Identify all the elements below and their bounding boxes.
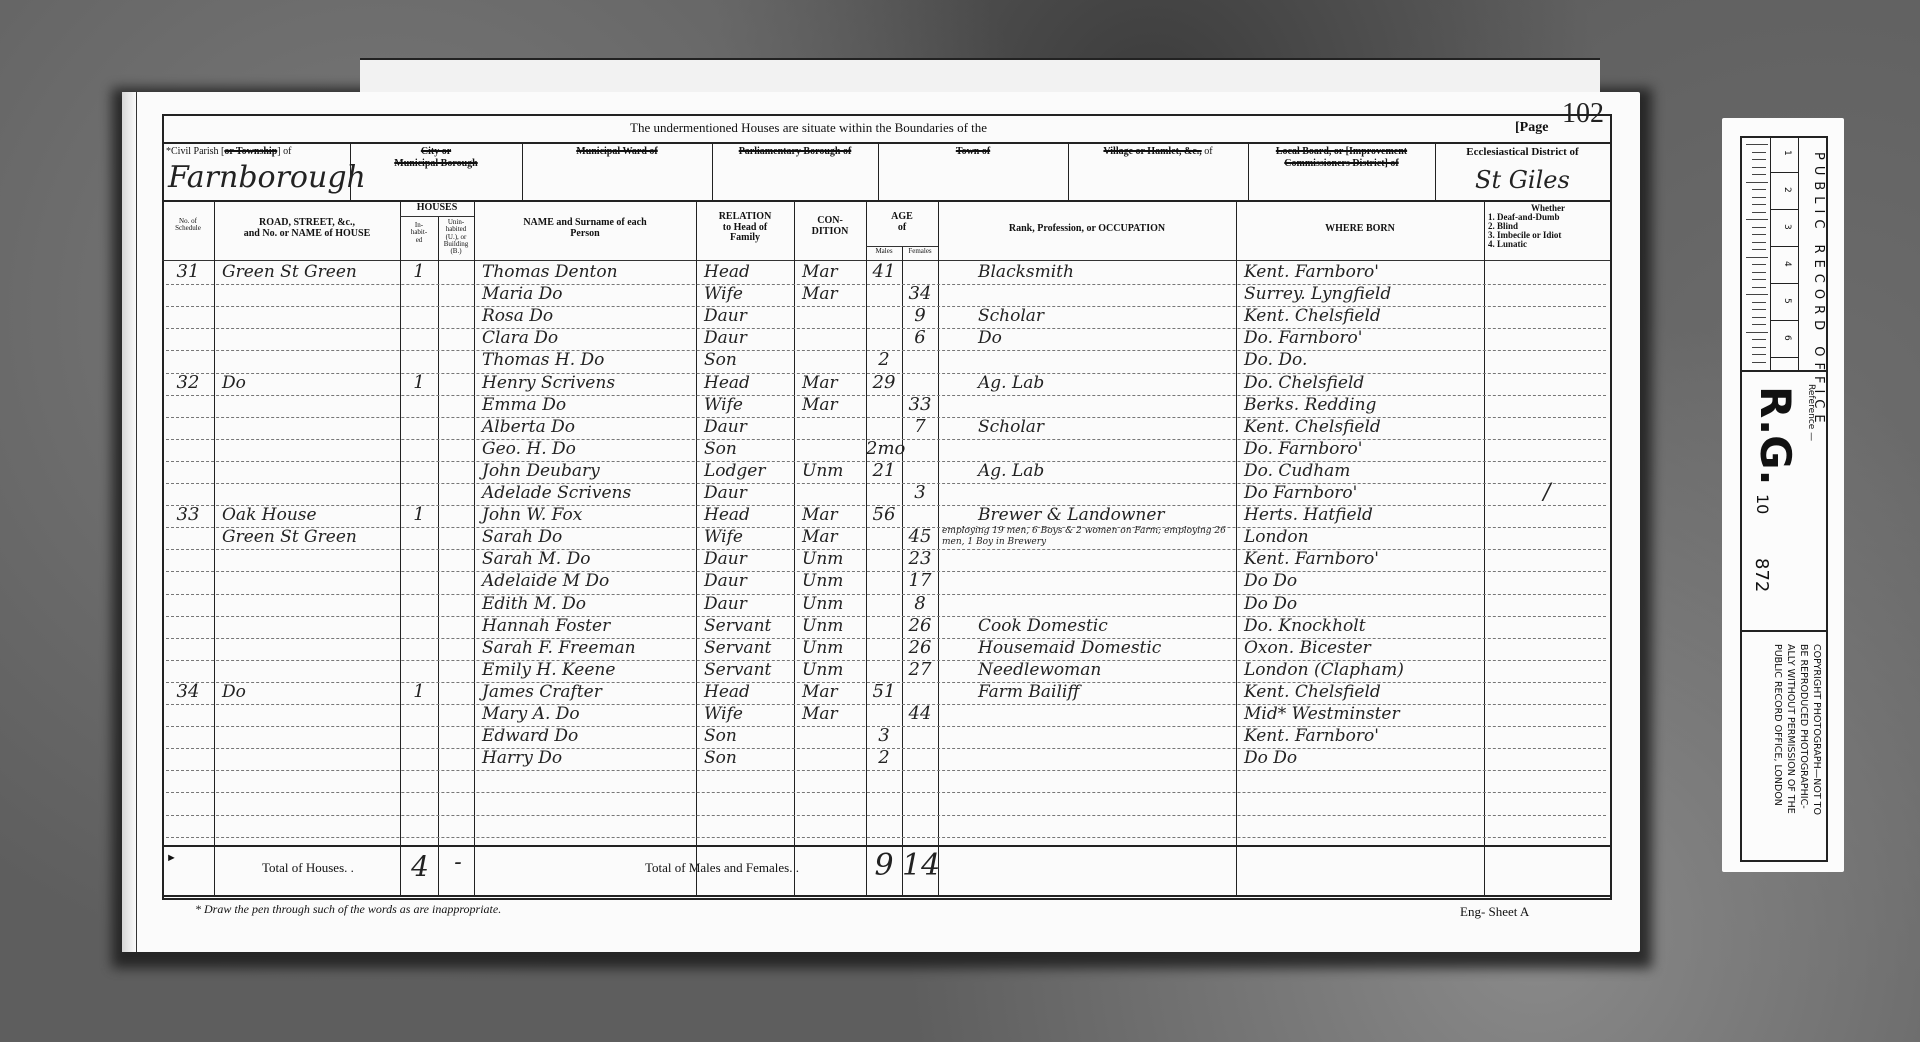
cell-name: Adelaide M Do [482, 570, 696, 592]
col-header-name-line: Person [474, 229, 696, 240]
cell-relation: Head [704, 681, 794, 703]
scale-divider [1770, 172, 1798, 173]
cell-where-born: Surrey. Lyngfield [1244, 283, 1484, 305]
cell-relation: Head [704, 504, 794, 526]
cell-condition: Mar [802, 394, 866, 416]
cell-name: Thomas Denton [482, 261, 696, 283]
scale-number: 6 [1782, 335, 1792, 341]
divider [400, 216, 474, 217]
scale-number: 1 [1782, 150, 1792, 156]
cell-female-age: 17 [902, 570, 938, 592]
cell-occupation: Brewer & Landowner [978, 504, 1236, 526]
cell-male-age: 3 [866, 725, 902, 747]
ruler-tick [1752, 302, 1766, 303]
cell-name: Sarah M. Do [482, 548, 696, 570]
cell-condition: Unm [802, 593, 866, 615]
ruler-tick [1752, 339, 1766, 340]
cell-male-age: 2 [866, 747, 902, 769]
cell-name: Sarah Do [482, 526, 696, 548]
ruler-tick [1746, 294, 1768, 295]
cell-relation: Daur [704, 305, 794, 327]
cell-male-age: 2 [866, 349, 902, 371]
cell-male-age: 21 [866, 460, 902, 482]
header-label-struck: or Township [224, 146, 277, 157]
cell-occupation: Blacksmith [978, 261, 1236, 283]
row-rule [166, 792, 1606, 793]
cell-female-age: 26 [902, 637, 938, 659]
cell-where-born: Do. Farnboro' [1244, 438, 1484, 460]
col-header-condition-line: CON- [794, 216, 866, 227]
ruler-tick [1752, 279, 1766, 280]
form-title: The undermentioned Houses are situate wi… [630, 120, 987, 136]
total-houses-label: Total of Houses. . [262, 860, 354, 876]
class-number: 10 [1753, 494, 1772, 514]
header-label: ] of [277, 146, 291, 157]
cell-where-born: Do. Knockholt [1244, 615, 1484, 637]
row-rule [166, 815, 1606, 816]
cell-condition: Unm [802, 637, 866, 659]
cell-where-born: Kent. Chelsfield [1244, 681, 1484, 703]
cell-condition: Mar [802, 681, 866, 703]
col-header-road-line: ROAD, STREET, &c., [214, 218, 400, 229]
cell-where-born: Kent. Farnboro' [1244, 725, 1484, 747]
cell-road: Green St Green [222, 261, 400, 283]
col-header-relation-line: RELATION [696, 212, 794, 223]
col-header-schedule: No. ofSchedule [162, 218, 214, 233]
cell-where-born: Do. Cudham [1244, 460, 1484, 482]
header-label: Ecclesiastical District of [1466, 146, 1578, 158]
ruler-tick [1746, 332, 1768, 333]
cell-name: James Crafter [482, 681, 696, 703]
cell-name: Mary A. Do [482, 703, 696, 725]
col-header-age-line: AGE [866, 212, 938, 223]
cell-female-age: 27 [902, 659, 938, 681]
cell-occupation: Ag. Lab [978, 460, 1236, 482]
ruler-tick [1746, 144, 1768, 145]
ruler-tick [1752, 249, 1766, 250]
cell-female-age: 3 [902, 482, 938, 504]
cell-occupation: employing 19 men, 6 Boys & 2 women on Fa… [942, 526, 1236, 548]
cell-road: Green St Green [222, 526, 400, 548]
ruler-tick [1752, 354, 1766, 355]
cell-condition: Mar [802, 261, 866, 283]
cell-relation: Servant [704, 615, 794, 637]
ruler-tick [1752, 152, 1766, 153]
divider [1068, 143, 1069, 200]
cell-name: John W. Fox [482, 504, 696, 526]
cell-relation: Son [704, 747, 794, 769]
cell-condition: Mar [802, 703, 866, 725]
page-number: 102 [1562, 98, 1604, 130]
copyright-line: COPYRIGHT PHOTOGRAPH—NOT TO [1811, 644, 1822, 815]
ruler-tick [1752, 242, 1766, 243]
cell-name: Maria Do [482, 283, 696, 305]
col-header-condition: CON-DITION [794, 216, 866, 237]
ruler-tick [1752, 197, 1766, 198]
col-header-males: Males [866, 248, 902, 255]
cell-female-age: 33 [902, 394, 938, 416]
cell-infirmity: / [1484, 482, 1610, 504]
copyright-line: ALLY WITHOUT PERMISSION OF THE [1785, 644, 1796, 814]
col-header-condition-line: DITION [794, 227, 866, 238]
cell-relation: Wife [704, 283, 794, 305]
cell-inhabited: 1 [400, 372, 438, 394]
cell-female-age: 44 [902, 703, 938, 725]
cell-male-age: 29 [866, 372, 902, 394]
cell-schedule: 33 [162, 504, 214, 526]
cell-relation: Son [704, 725, 794, 747]
total-houses-inhabited: 4 [402, 850, 438, 883]
cell-relation: Son [704, 349, 794, 371]
cell-relation: Servant [704, 659, 794, 681]
col-header-road: ROAD, STREET, &c.,and No. or NAME of HOU… [214, 218, 400, 239]
footnote: * Draw the pen through such of the words… [195, 902, 501, 917]
cell-name: Adelade Scrivens [482, 482, 696, 504]
cell-occupation: Farm Bailiff [978, 681, 1236, 703]
ruler-tick [1752, 204, 1766, 205]
cell-female-age: 9 [902, 305, 938, 327]
cell-condition: Unm [802, 659, 866, 681]
scale-divider [1770, 209, 1798, 210]
divider [866, 246, 938, 247]
cell-schedule: 34 [162, 681, 214, 703]
total-males: 9 [866, 848, 902, 883]
cell-name: Clara Do [482, 327, 696, 349]
ruler-tick [1752, 272, 1766, 273]
cell-male-age: 2mo [866, 438, 902, 460]
cell-road: Do [222, 681, 400, 703]
cell-name: Hannah Foster [482, 615, 696, 637]
header-label-struck: Town of [956, 146, 990, 157]
cell-condition: Mar [802, 372, 866, 394]
ruler-tick [1752, 324, 1766, 325]
divider [878, 143, 879, 200]
divider [1742, 370, 1826, 372]
reference-card-border: 123456 PUBLIC RECORD OFFICE Reference — … [1740, 136, 1828, 862]
cell-where-born: Do. Farnboro' [1244, 327, 1484, 349]
ruler-tick [1746, 257, 1768, 258]
divider [1435, 143, 1436, 200]
cell-where-born: Do. Chelsfield [1244, 372, 1484, 394]
cell-where-born: London [1244, 526, 1484, 548]
cell-where-born: Kent. Farnboro' [1244, 261, 1484, 283]
cell-relation: Daur [704, 482, 794, 504]
ruler-tick [1752, 347, 1766, 348]
scale-divider [1770, 246, 1798, 247]
header-label: of [1202, 146, 1213, 157]
cell-male-age: 41 [866, 261, 902, 283]
total-females: 14 [902, 848, 938, 883]
cell-relation: Daur [704, 327, 794, 349]
cell-where-born: Kent. Chelsfield [1244, 305, 1484, 327]
cell-where-born: Oxon. Bicester [1244, 637, 1484, 659]
cell-condition: Unm [802, 615, 866, 637]
civil-parish-value: Farnborough [168, 160, 366, 195]
cell-female-age: 6 [902, 327, 938, 349]
cell-condition: Mar [802, 283, 866, 305]
col-header-name-line: NAME and Surname of each [474, 218, 696, 229]
ruler-tick [1752, 189, 1766, 190]
col-header-houses: HOUSES [400, 203, 474, 214]
row-rule [166, 770, 1606, 771]
cell-male-age: 56 [866, 504, 902, 526]
ruler-tick [1752, 362, 1766, 363]
cell-name: Emma Do [482, 394, 696, 416]
cell-relation: Daur [704, 593, 794, 615]
cell-where-born: Do Do [1244, 570, 1484, 592]
ruler-tick [1752, 264, 1766, 265]
ruler-tick [1752, 287, 1766, 288]
ruler-tick [1752, 234, 1766, 235]
piece-number: 872 [1751, 558, 1772, 592]
copyright-line: PUBLIC RECORD OFFICE, LONDON [1772, 644, 1783, 806]
total-persons-label: Total of Males and Females. . [645, 860, 799, 876]
cell-name: Edward Do [482, 725, 696, 747]
cell-where-born: Kent. Chelsfield [1244, 416, 1484, 438]
cell-female-age: 8 [902, 593, 938, 615]
cell-relation: Wife [704, 526, 794, 548]
cell-where-born: London (Clapham) [1244, 659, 1484, 681]
header-label-struck: Municipal Borough [394, 158, 477, 169]
cell-occupation: Scholar [978, 305, 1236, 327]
reference-label: Reference — [1806, 384, 1816, 441]
header-cell-4: Town of [882, 146, 1064, 158]
arrow-marker-icon: ► [166, 852, 177, 864]
header-label-struck: Municipal Ward of [576, 146, 658, 157]
cell-schedule: 32 [162, 372, 214, 394]
divider [1248, 143, 1249, 200]
cell-condition: Mar [802, 504, 866, 526]
ecclesiastical-district-value: St Giles [1475, 166, 1570, 194]
scale-divider [1770, 320, 1798, 321]
col-header-infirmity-line: 4. Lunatic [1488, 240, 1608, 249]
cell-inhabited: 1 [400, 261, 438, 283]
col-header-relation: RELATIONto Head ofFamily [696, 212, 794, 244]
cell-name: John Deubary [482, 460, 696, 482]
cell-relation: Wife [704, 703, 794, 725]
cell-female-age: 34 [902, 283, 938, 305]
cell-name: Thomas H. Do [482, 349, 696, 371]
header-label: *Civil Parish [ [166, 146, 224, 157]
header-cell-6: Local Board, or [ImprovementCommissioner… [1252, 146, 1431, 170]
cell-name: Alberta Do [482, 416, 696, 438]
copyright-line: BE REPRODUCED PHOTOGRAPHIC- [1798, 644, 1809, 809]
cell-relation: Head [704, 372, 794, 394]
cell-occupation: Needlewoman [978, 659, 1236, 681]
col-header-inhabited-line: ed [400, 237, 438, 244]
cell-inhabited: 1 [400, 504, 438, 526]
divider [712, 143, 713, 200]
ruler-tick [1746, 182, 1768, 183]
cell-name: Geo. H. Do [482, 438, 696, 460]
cell-name: Sarah F. Freeman [482, 637, 696, 659]
header-cell-7: Ecclesiastical District of [1439, 146, 1606, 159]
cell-condition: Unm [802, 548, 866, 570]
cell-relation: Head [704, 261, 794, 283]
col-header-name: NAME and Surname of eachPerson [474, 218, 696, 239]
cell-relation: Daur [704, 570, 794, 592]
cell-female-age: 23 [902, 548, 938, 570]
ruler-tick [1746, 219, 1768, 220]
col-header-age-line: of [866, 223, 938, 234]
divider [162, 845, 1610, 847]
ruler-tick [1752, 227, 1766, 228]
divider [162, 142, 1610, 144]
cell-where-born: Do. Do. [1244, 349, 1484, 371]
cell-where-born: Do Do [1244, 747, 1484, 769]
divider [522, 143, 523, 200]
col-header-inhabited: In-habit-ed [400, 222, 438, 244]
header-label-struck: Village or Hamlet, &c., [1103, 146, 1201, 157]
header-label-struck: Parliamentary Borough of [739, 146, 852, 157]
col-header-relation-line: Family [696, 233, 794, 244]
cell-name: Henry Scrivens [482, 372, 696, 394]
col-header-where-born: WHERE BORN [1236, 224, 1484, 235]
ruler-tick [1752, 174, 1766, 175]
cell-where-born: Kent. Farnboro' [1244, 548, 1484, 570]
cell-condition: Unm [802, 460, 866, 482]
cell-male-age: 51 [866, 681, 902, 703]
cell-where-born: Do Do [1244, 593, 1484, 615]
col-header-occupation: Rank, Profession, or OCCUPATION [938, 224, 1236, 235]
cell-name: Emily H. Keene [482, 659, 696, 681]
cell-occupation: Do [978, 327, 1236, 349]
col-header-females: Females [902, 248, 938, 255]
ruler-tick [1752, 212, 1766, 213]
scale-number: 2 [1782, 187, 1792, 193]
row-rule [166, 837, 1606, 838]
col-header-infirmity: Whether1. Deaf-and-Dumb2. Blind3. Imbeci… [1488, 204, 1608, 249]
page-label: [Page [1515, 120, 1548, 136]
cell-road: Oak House [222, 504, 400, 526]
ruler-tick [1752, 309, 1766, 310]
divider [162, 895, 1610, 897]
col-header-uninhabited-line: (B.) [438, 248, 474, 255]
sheet-label: Eng- Sheet A [1460, 904, 1529, 920]
col-header-age: AGEof [866, 212, 938, 233]
ruler-tick [1752, 317, 1766, 318]
cell-relation: Daur [704, 416, 794, 438]
cell-occupation: Cook Domestic [978, 615, 1236, 637]
scale-number: 3 [1782, 224, 1792, 230]
divider [350, 143, 351, 200]
cell-female-age: 7 [902, 416, 938, 438]
cell-occupation: Ag. Lab [978, 372, 1236, 394]
scale-divider [1770, 283, 1798, 284]
cell-name: Harry Do [482, 747, 696, 769]
col-header-road-line: and No. or NAME of HOUSE [214, 229, 400, 240]
scale-number: 4 [1782, 261, 1792, 267]
cell-name: Edith M. Do [482, 593, 696, 615]
scale-number: 5 [1782, 298, 1792, 304]
cell-occupation: Scholar [978, 416, 1236, 438]
reference-card: 123456 PUBLIC RECORD OFFICE Reference — … [1722, 118, 1844, 872]
cell-inhabited: 1 [400, 681, 438, 703]
cell-female-age: 26 [902, 615, 938, 637]
header-cell-3: Parliamentary Borough of [716, 146, 874, 158]
page-spine [122, 92, 137, 952]
cell-female-age: 45 [902, 526, 938, 548]
cell-occupation: Housemaid Domestic [978, 637, 1236, 659]
scale-ruler [1742, 138, 1771, 370]
scale-divider [1770, 357, 1798, 358]
col-header-uninhabited: Unin-habited(U.), orBuilding(B.) [438, 219, 474, 256]
header-label-struck: City or [421, 146, 451, 157]
divider [162, 200, 1610, 202]
ruler-tick [1752, 159, 1766, 160]
cell-relation: Lodger [704, 460, 794, 482]
header-cell-0: *Civil Parish [or Township] of [166, 146, 346, 158]
cell-relation: Servant [704, 637, 794, 659]
cell-where-born: Berks. Redding [1244, 394, 1484, 416]
header-label-struck: Commissioners District] of [1284, 158, 1398, 169]
cell-where-born: Herts. Hatfield [1244, 504, 1484, 526]
header-cell-2: Municipal Ward of [526, 146, 708, 158]
cell-relation: Wife [704, 394, 794, 416]
total-houses-uninhabited: - [440, 850, 476, 875]
cell-relation: Son [704, 438, 794, 460]
series-code: R.G. [1751, 386, 1800, 486]
cell-where-born: Mid* Westminster [1244, 703, 1484, 725]
cell-where-born: Do Farnboro' [1244, 482, 1484, 504]
cell-road: Do [222, 372, 400, 394]
cell-schedule: 31 [162, 261, 214, 283]
header-cell-5: Village or Hamlet, &c., of [1072, 146, 1244, 158]
header-cell-1: City orMunicipal Borough [354, 146, 518, 170]
header-label-struck: Local Board, or [Improvement [1276, 146, 1407, 157]
cell-condition: Mar [802, 526, 866, 548]
ruler-tick [1752, 167, 1766, 168]
cell-relation: Daur [704, 548, 794, 570]
col-header-schedule-line: Schedule [162, 225, 214, 232]
cell-condition: Unm [802, 570, 866, 592]
cell-name: Rosa Do [482, 305, 696, 327]
divider [1742, 630, 1826, 632]
